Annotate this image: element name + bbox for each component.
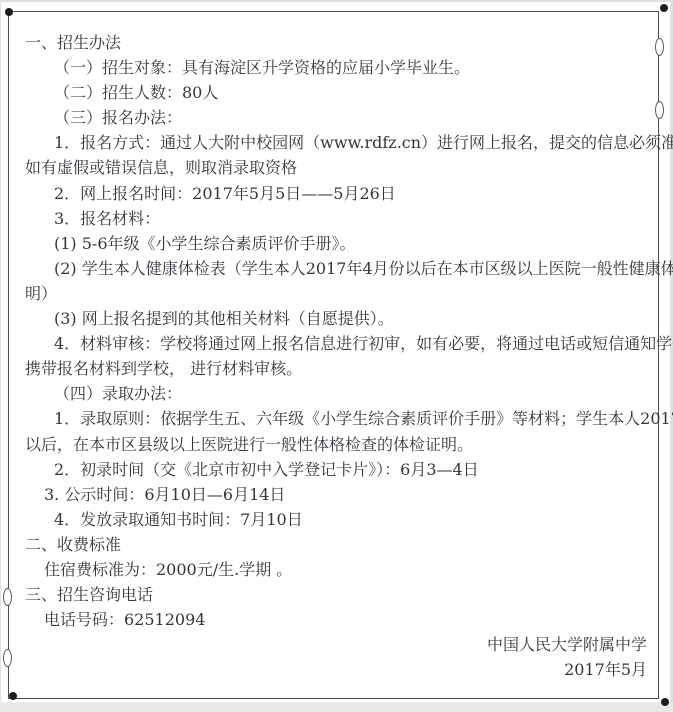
doc-line: 3．报名材料： bbox=[25, 206, 647, 231]
doc-line: (2) 学生本人健康体检表（学生本人2017年4月份以后在本市区级以上医院一般性… bbox=[25, 256, 647, 281]
doc-line: 4．发放录取通知书时间：7月10日 bbox=[25, 507, 647, 532]
doc-line: 明） bbox=[25, 281, 647, 306]
page-edge-left bbox=[0, 0, 1, 712]
doc-line: 三、招生咨询电话 bbox=[25, 582, 647, 607]
doc-line: 电话号码：62512094 bbox=[25, 607, 647, 632]
doc-line: （二）招生人数：80人 bbox=[25, 80, 647, 105]
doc-line: 如有虚假或错误信息，则取消录取资格 bbox=[25, 155, 647, 180]
doc-line: 一、招生办法 bbox=[25, 30, 647, 55]
doc-line: 1．报名方式：通过人大附中校园网（www.rdfz.cn）进行网上报名，提交的信… bbox=[25, 130, 647, 155]
corner-anchor-dot bbox=[5, 8, 13, 16]
resize-handle[interactable] bbox=[3, 649, 12, 667]
corner-anchor-dot bbox=[9, 692, 17, 700]
doc-line: 2．初录时间（交《北京市初中入学登记卡片》）：6月3—4日 bbox=[25, 457, 647, 482]
resize-handle[interactable] bbox=[655, 38, 664, 56]
document-content: 一、招生办法（一）招生对象：具有海淀区升学资格的应届小学毕业生。（二）招生人数：… bbox=[25, 30, 647, 682]
doc-line: 中国人民大学附属中学 bbox=[25, 632, 647, 657]
doc-line: 2．网上报名时间：2017年5月5日——5月26日 bbox=[25, 181, 647, 206]
doc-line: （一）招生对象：具有海淀区升学资格的应届小学毕业生。 bbox=[25, 55, 647, 80]
resize-handle[interactable] bbox=[655, 101, 664, 119]
doc-line: 住宿费标准为：2000元/生.学期 。 bbox=[25, 557, 647, 582]
doc-line: (3) 网上报名提到的其他相关材料（自愿提供）。 bbox=[25, 306, 647, 331]
doc-line: （四）录取办法： bbox=[25, 381, 647, 406]
doc-line: 携带报名材料到学校， 进行材料审核。 bbox=[25, 356, 647, 381]
doc-line: 1．录取原则：依据学生五、六年级《小学生综合素质评价手册》等材料；学生本人201… bbox=[25, 406, 647, 431]
doc-line: 2017年5月 bbox=[25, 657, 647, 682]
page-edge-top bbox=[0, 0, 673, 2]
resize-handle[interactable] bbox=[3, 588, 12, 606]
doc-line: 3. 公示时间：6月10日—6月14日 bbox=[25, 482, 647, 507]
doc-line: 二、收费标准 bbox=[25, 532, 647, 557]
doc-line: (1) 5-6年级《小学生综合素质评价手册》。 bbox=[25, 231, 647, 256]
doc-line: （三）报名办法： bbox=[25, 105, 647, 130]
doc-line: 以后，在本市区县级以上医院进行一般性体格检查的体检证明。 bbox=[25, 432, 647, 457]
page-edge-bottom bbox=[0, 702, 673, 712]
corner-anchor-dot bbox=[660, 4, 668, 12]
notice-page: { "page": { "colors": { "text": "#32343a… bbox=[0, 0, 673, 712]
doc-line: 4．材料审核：学校将通过网上报名信息进行初审，如有必要，将通过电话或短信通知学生… bbox=[25, 331, 647, 356]
corner-anchor-dot bbox=[661, 698, 669, 706]
